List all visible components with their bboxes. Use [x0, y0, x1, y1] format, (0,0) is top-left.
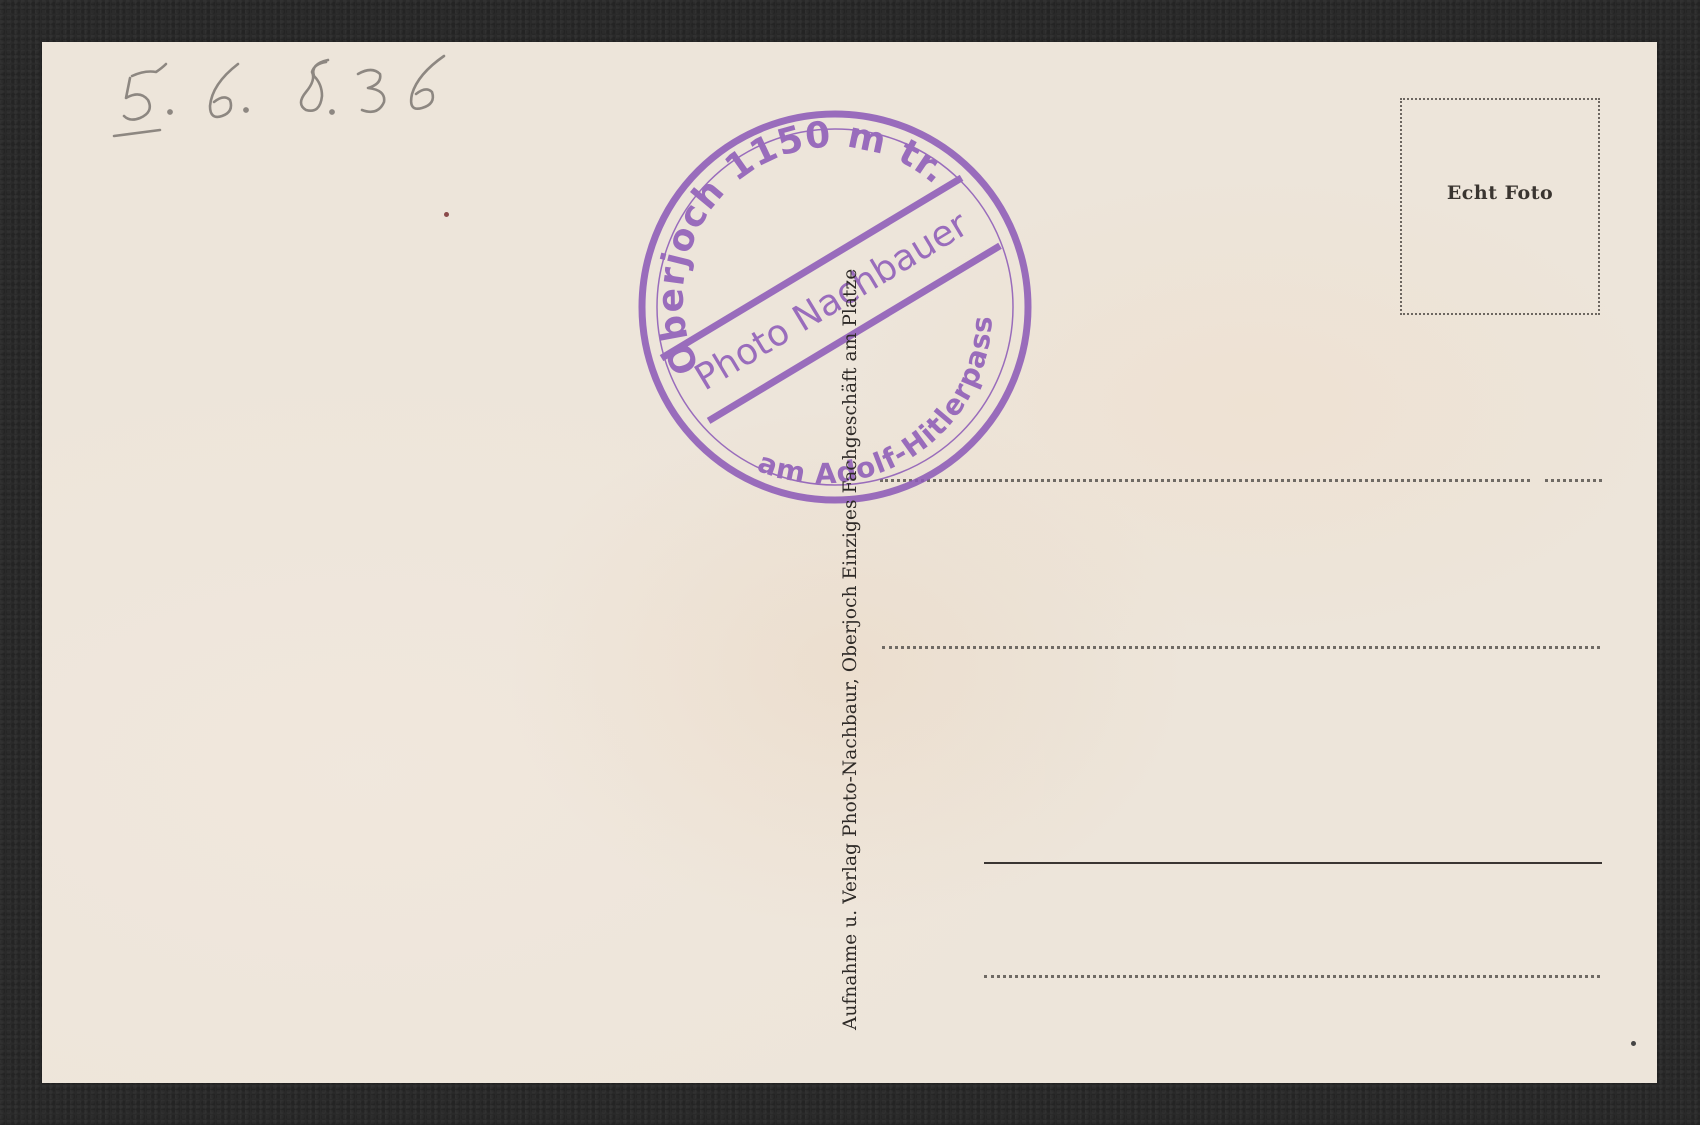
pencil-handwriting-icon [100, 50, 460, 140]
stamp-center-text: Photo Nachbauer [688, 204, 975, 399]
echt-foto-label: Echt Foto [1402, 182, 1598, 204]
publisher-imprint: Aufnahme u. Verlag Photo-Nachbaur, Oberj… [840, 269, 861, 1030]
circular-stamp-icon: Oberjoch 1150 m tr. am Adolf-Hitlerpass … [638, 110, 1032, 504]
rubber-stamp: Oberjoch 1150 m tr. am Adolf-Hitlerpass … [638, 110, 1032, 504]
postcard-back: Echt Foto Oberjoch 1150 m tr. am Adolf- [42, 42, 1657, 1083]
address-line-1-tail [1545, 479, 1602, 482]
postage-stamp-box: Echt Foto [1400, 98, 1600, 315]
address-line-2 [882, 646, 1600, 649]
address-line-4 [984, 975, 1600, 978]
handwritten-date-note [100, 50, 460, 140]
paper-speck [444, 212, 449, 217]
address-line-3 [984, 862, 1602, 864]
paper-speck-corner [1631, 1041, 1636, 1046]
